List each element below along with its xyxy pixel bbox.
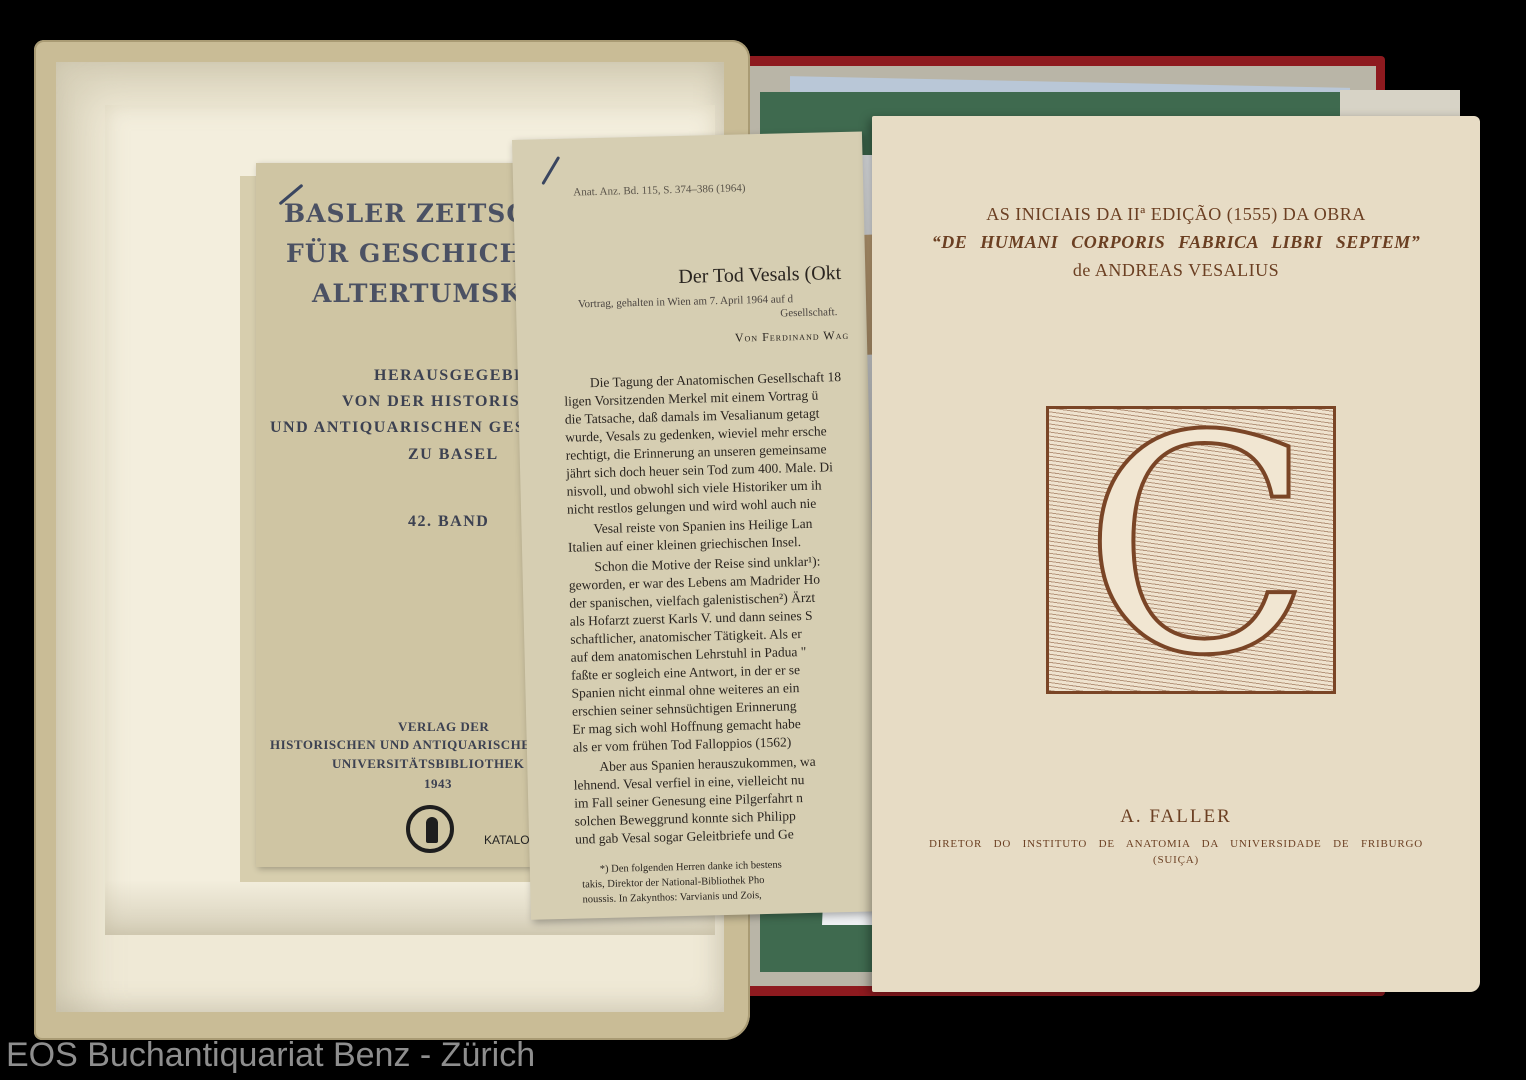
body-line: als Hofarzt zuerst Karls V. und dann sei… bbox=[570, 609, 813, 628]
body-line: Italien auf einer kleinen griechischen I… bbox=[568, 535, 801, 554]
body-line: der spanischen, vielfach galenistischen²… bbox=[569, 591, 815, 611]
body-line: als er vom frühen Tod Falloppios (1562) bbox=[573, 735, 792, 754]
body-line: im Fall seiner Genesung eine Pilgerfahrt… bbox=[574, 791, 803, 810]
basler-title-line-3: ALTERTUMSKUN bbox=[312, 279, 546, 308]
footnote-line: *) Den folgenden Herren danke ich besten… bbox=[600, 860, 782, 875]
faller-title-line-2: “DE HUMANI CORPORIS FABRICA LIBRI SEPTEM… bbox=[872, 232, 1480, 253]
footnote-line: takis, Direktor der National-Bibliothek … bbox=[582, 875, 764, 890]
basler-year: 1943 bbox=[424, 776, 452, 792]
article-subtitle-1: Vortrag, gehalten in Wien am 7. April 19… bbox=[578, 293, 793, 310]
body-line: geworden, er war des Lebens am Madrider … bbox=[569, 573, 820, 593]
basler-publisher-line-3: UNIVERSITÄTSBIBLIOTHEK BASEL bbox=[332, 756, 546, 772]
faller-author: A. FALLER bbox=[872, 806, 1480, 828]
body-line: Spanien nicht einmal ohne weiteres an ei… bbox=[571, 681, 799, 700]
faller-title-line-1: AS INICIAIS DA IIª EDIÇÃO (1555) DA OBRA bbox=[872, 204, 1480, 225]
basler-publisher-line-1: VERLAG DER bbox=[398, 719, 489, 735]
baselstab-icon bbox=[426, 817, 438, 843]
journal-reference: Anat. Anz. Bd. 115, S. 374–386 (1964) bbox=[573, 182, 745, 198]
body-line: Vesal reiste von Spanien ins Heilige Lan bbox=[593, 517, 812, 536]
article-title: Der Tod Vesals (Okt bbox=[678, 262, 841, 289]
basel-stamp-icon bbox=[406, 805, 454, 853]
body-line: erschien seiner sehnsüchtigen Erinnerung bbox=[572, 699, 797, 718]
faller-affiliation-country: (SUIÇA) bbox=[872, 854, 1480, 866]
faller-pamphlet: AS INICIAIS DA IIª EDIÇÃO (1555) DA OBRA… bbox=[872, 116, 1480, 992]
basler-title-line-1: BASLER ZEITSCH bbox=[284, 199, 546, 228]
woodcut-initial-c-image: C bbox=[1046, 406, 1336, 694]
body-line: die Tatsache, daß damals im Vesalianum g… bbox=[565, 407, 820, 427]
basler-title-line-2: FÜR GESCHICHTE bbox=[286, 239, 546, 268]
basler-pamphlet: BASLER ZEITSCH FÜR GESCHICHTE ALTERTUMSK… bbox=[256, 163, 546, 867]
body-line: und gab Vesal sogar Geleitbriefe und Ge bbox=[575, 827, 794, 846]
footnote-line: noussis. In Zakynthos: Varvianis und Zoi… bbox=[582, 890, 761, 905]
body-line: schaftlicher, anatomischer Tätigkeit. Al… bbox=[570, 627, 802, 646]
body-line: wurde, Vesals zu gedenken, wieviel mehr … bbox=[565, 424, 827, 444]
initial-letter: C bbox=[1083, 417, 1323, 677]
article-subtitle-2: Gesellschaft. bbox=[780, 306, 837, 319]
article-author: Von Ferdinand Wag bbox=[735, 328, 850, 346]
body-line: lehnend. Vesal verfiel in eine, vielleic… bbox=[574, 773, 805, 792]
basler-editor-line-2: VON DER HISTORISCH bbox=[342, 393, 546, 411]
basler-editor-line-4: ZU BASEL bbox=[408, 446, 499, 464]
basler-publisher-line-2: HISTORISCHEN UND ANTIQUARISCHEN GESE bbox=[270, 737, 546, 753]
basler-volume: 42. BAND bbox=[408, 513, 489, 531]
body-line: nisvoll, und obwohl sich viele Historike… bbox=[566, 479, 821, 499]
body-line: Aber aus Spanien herauszukommen, wa bbox=[599, 755, 816, 774]
anat-anz-offprint: (7) Anat. Anz. Bd. 115, S. 374–386 (1964… bbox=[512, 131, 881, 919]
basler-editor-line-3: UND ANTIQUARISCHEN GESE bbox=[270, 419, 537, 437]
body-line: ligen Vorsitzenden Merkel mit einem Vort… bbox=[564, 389, 818, 409]
body-line: Er mag sich wohl Hoffnung gemacht habe bbox=[572, 717, 801, 736]
body-line: Schon die Motive der Reise sind unklar¹)… bbox=[594, 555, 820, 574]
body-line: Die Tagung der Anatomischen Gesellschaft… bbox=[590, 370, 841, 390]
body-line: rechtigt, die Erinnerung an unseren geme… bbox=[566, 442, 827, 462]
faller-title-line-3: de ANDREAS VESALIUS bbox=[872, 260, 1480, 281]
watermark: EOS Buchantiquariat Benz - Zürich bbox=[6, 1036, 535, 1075]
body-line: auf dem anatomischen Lehrstuhl in Padua … bbox=[570, 645, 806, 664]
pencil-mark bbox=[541, 156, 560, 185]
body-line: solchen Beweggrund konnte sich Philipp bbox=[575, 809, 796, 828]
body-line: faßte er sogleich eine Antwort, in der e… bbox=[571, 663, 800, 682]
body-line: nicht restlos gelungen und wird wohl auc… bbox=[567, 497, 817, 517]
faller-affiliation: DIRETOR DO INSTITUTO DE ANATOMIA DA UNIV… bbox=[872, 838, 1480, 850]
basler-editor-line-1: HERAUSGEGEBEN bbox=[374, 367, 539, 385]
